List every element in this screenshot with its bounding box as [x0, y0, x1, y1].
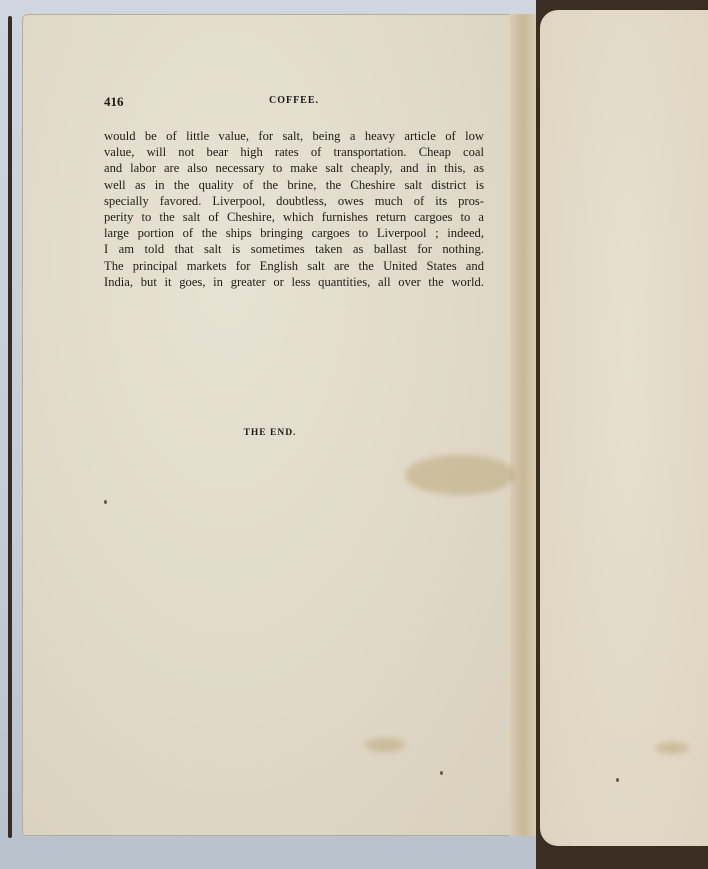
text-line: I am told that salt is sometimes taken a…	[104, 241, 484, 257]
water-stain	[655, 742, 689, 754]
text-line: specially favored. Liverpool, doubtless,…	[104, 193, 484, 209]
text-line: well as in the quality of the brine, the…	[104, 177, 484, 193]
book-gutter	[510, 14, 536, 836]
text-line: The principal markets for English salt a…	[104, 258, 484, 274]
text-line: perity to the salt of Cheshire, which fu…	[104, 209, 484, 225]
text-line: value, will not bear high rates of trans…	[104, 144, 484, 160]
ink-speck	[104, 500, 107, 504]
water-stain	[405, 455, 515, 495]
the-end-label: THE END.	[0, 428, 540, 438]
text-line: and labor are also necessary to make sal…	[104, 160, 484, 176]
ink-speck	[616, 778, 619, 782]
text-line: would be of little value, for salt, bein…	[104, 128, 484, 144]
text-line: India, but it goes, in greater or less q…	[104, 274, 484, 290]
book-cover-edge	[8, 16, 12, 838]
water-stain	[365, 738, 405, 752]
running-head: COFFEE.	[104, 95, 484, 106]
text-line: large portion of the ships bringing carg…	[104, 225, 484, 241]
body-text: would be of little value, for salt, bein…	[104, 128, 484, 290]
ink-speck	[440, 771, 443, 775]
page-header: 416 COFFEE.	[104, 94, 484, 108]
blank-right-page	[540, 10, 708, 846]
